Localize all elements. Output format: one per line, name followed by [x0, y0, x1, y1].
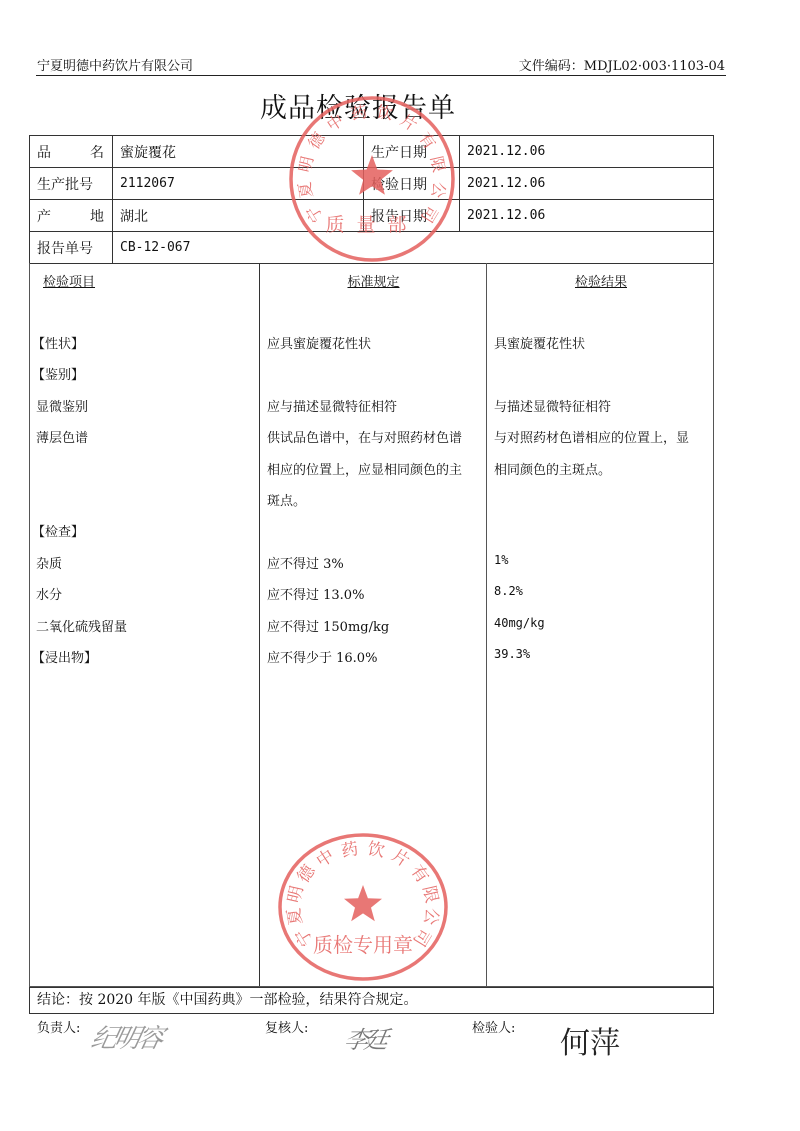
product-name-value: 蜜旋覆花 [113, 136, 364, 168]
company-name: 宁夏明德中药饮片有限公司 [37, 55, 193, 74]
result-column-header: 检验结果 [487, 271, 715, 290]
standard-text: 应与描述显微特征相符 [267, 396, 397, 415]
info-row: 生产批号 2112067 检验日期 2021.12.06 [30, 168, 714, 200]
reviewer-signature: 李廷 [342, 1020, 388, 1055]
result-text: 与描述显微特征相符 [494, 396, 611, 415]
inspection-results-table: 检验项目 【性状】【鉴别】显微鉴别薄层色谱【检查】杂质水分二氧化硫残留量【浸出物… [29, 263, 714, 987]
report-date-value: 2021.12.06 [460, 200, 714, 232]
origin-label: 产地 [30, 200, 113, 232]
info-row: 品名 蜜旋覆花 生产日期 2021.12.06 [30, 136, 714, 168]
item-column-header: 检验项目 [43, 271, 95, 290]
standard-text: 应具蜜旋覆花性状 [267, 333, 371, 352]
result-text: 39.3% [494, 647, 530, 661]
info-row: 产地 湖北 报告日期 2021.12.06 [30, 200, 714, 232]
test-item: 水分 [36, 584, 62, 603]
product-name-label: 品名 [30, 136, 113, 168]
responsible-label: 负责人: [37, 1017, 80, 1036]
test-item: 杂质 [36, 553, 62, 572]
test-item: 【性状】 [32, 333, 84, 352]
standard-text: 相应的位置上，应显相同颜色的主 [267, 459, 462, 478]
test-item: 显微鉴别 [36, 396, 88, 415]
result-text: 8.2% [494, 584, 523, 598]
standard-text: 应不得过 13.0% [267, 584, 364, 603]
result-text: 1% [494, 553, 508, 567]
standard-text: 斑点。 [267, 490, 306, 509]
standard-column-header: 标准规定 [260, 271, 487, 290]
item-column: 检验项目 【性状】【鉴别】显微鉴别薄层色谱【检查】杂质水分二氧化硫残留量【浸出物… [30, 263, 259, 986]
header-divider [36, 75, 726, 76]
origin-value: 湖北 [113, 200, 364, 232]
test-item: 【浸出物】 [32, 647, 97, 666]
production-date-value: 2021.12.06 [460, 136, 714, 168]
test-item: 二氧化硫残留量 [36, 616, 127, 635]
result-text: 与对照药材色谱相应的位置上，显 [494, 427, 689, 446]
result-text: 相同颜色的主斑点。 [494, 459, 611, 478]
inspector-label: 检验人: [472, 1017, 515, 1036]
batch-value: 2112067 [113, 168, 364, 200]
report-no-value: CB-12-067 [113, 232, 714, 264]
info-row: 报告单号 CB-12-067 [30, 232, 714, 264]
result-text: 40mg/kg [494, 616, 545, 630]
reviewer-label: 复核人: [265, 1017, 308, 1036]
standard-text: 应不得过 150mg/kg [267, 616, 389, 635]
report-title-text: 成品检验报告单 [260, 93, 456, 124]
production-date-label: 生产日期 [364, 136, 460, 168]
responsible-signature: 纪明容 [88, 1018, 165, 1055]
result-column: 检验结果 具蜜旋覆花性状与描述显微特征相符与对照药材色谱相应的位置上，显相同颜色… [486, 263, 715, 986]
inspection-date-label: 检验日期 [364, 168, 460, 200]
product-info-table: 品名 蜜旋覆花 生产日期 2021.12.06 生产批号 2112067 检验日… [29, 135, 714, 264]
document-code: 文件编码：MDJL02·003·1103-04 [519, 55, 725, 74]
standard-column: 标准规定 应具蜜旋覆花性状应与描述显微特征相符供试品色谱中，在与对照药材色谱相应… [259, 263, 487, 986]
test-item: 【检查】 [32, 521, 84, 540]
standard-text: 应不得少于 16.0% [267, 647, 377, 666]
standard-text: 应不得过 3% [267, 553, 344, 572]
inspector-signature: 何萍 [560, 1018, 620, 1062]
batch-label: 生产批号 [30, 168, 113, 200]
test-item: 【鉴别】 [32, 364, 84, 383]
report-title: 成品检验报告单 [0, 86, 720, 125]
test-item: 薄层色谱 [36, 427, 88, 446]
conclusion: 结论：按 2020 年版《中国药典》一部检验，结果符合规定。 [29, 987, 714, 1014]
report-no-label: 报告单号 [30, 232, 113, 264]
standard-text: 供试品色谱中，在与对照药材色谱 [267, 427, 462, 446]
report-date-label: 报告日期 [364, 200, 460, 232]
inspection-date-value: 2021.12.06 [460, 168, 714, 200]
result-text: 具蜜旋覆花性状 [494, 333, 585, 352]
